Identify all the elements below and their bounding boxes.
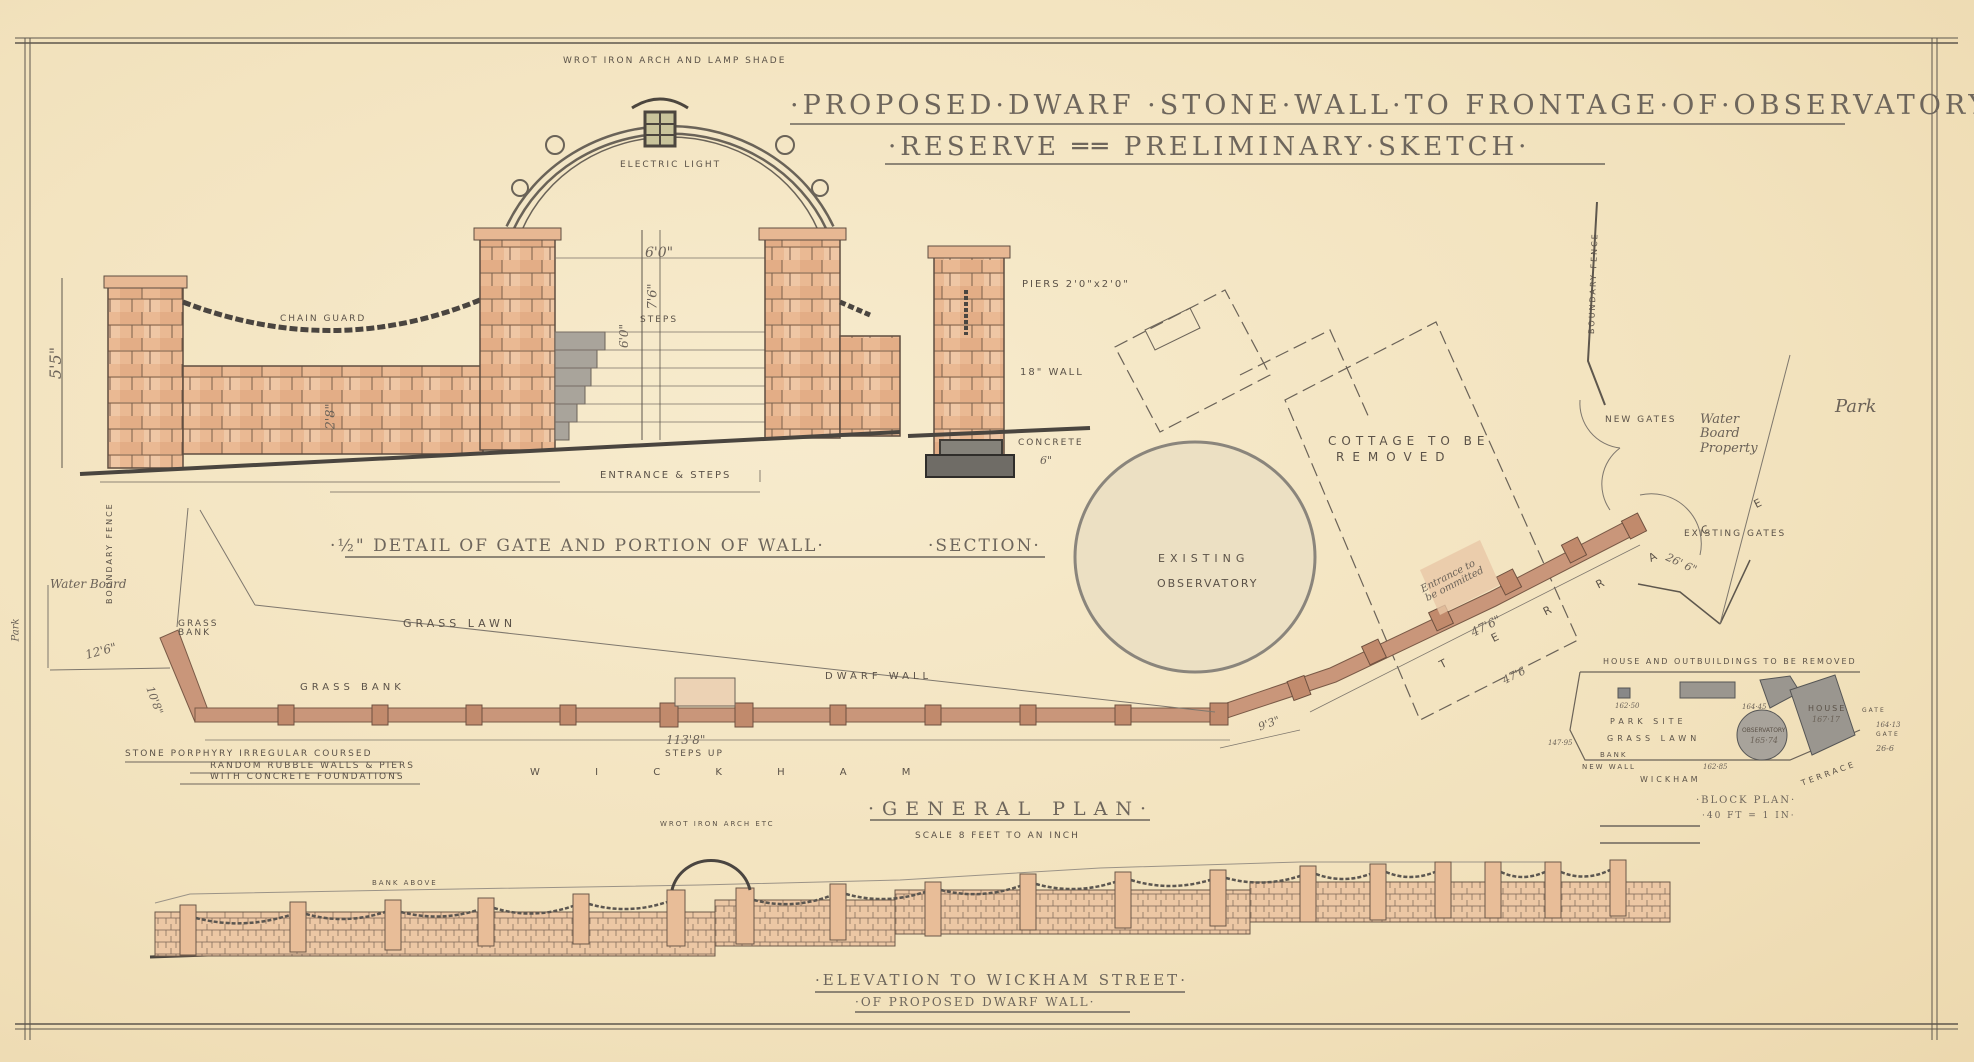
- block-plan-note: HOUSE AND OUTBUILDINGS TO BE REMOVED: [1603, 658, 1857, 666]
- electric-light-label: ELECTRIC LIGHT: [620, 161, 721, 170]
- section-caption: ·SECTION·: [928, 538, 1041, 555]
- observatory-label-2: OBSERVATORY: [1157, 578, 1259, 589]
- gate-label-2: GATE: [1876, 732, 1900, 738]
- gate-elevation: [62, 99, 900, 492]
- new-gates-label: NEW GATES: [1605, 416, 1677, 425]
- block-observatory-label: OBSERVATORY: [1742, 728, 1785, 734]
- arch-label: WROT IRON ARCH AND LAMP SHADE: [563, 57, 786, 66]
- chain-guard-label: CHAIN GUARD: [280, 315, 366, 324]
- height-dimension: 5'5": [48, 347, 64, 379]
- observatory-label: EXISTING: [1158, 553, 1249, 564]
- observatory-level: 165·74: [1750, 737, 1778, 745]
- footing-dimension: 6": [1040, 455, 1052, 466]
- block-dimension: 26-6: [1876, 745, 1894, 753]
- materials-line-3: WITH CONCRETE FOUNDATIONS: [210, 773, 405, 782]
- grass-bank-corner-label: GRASS BANK: [178, 620, 218, 638]
- level-162-50: 162·50: [1615, 703, 1640, 710]
- general-plan-caption: ·GENERAL PLAN·: [868, 800, 1154, 819]
- cottage-removed-label: REMOVED: [1336, 451, 1453, 463]
- level-164-45: 164·45: [1742, 704, 1767, 711]
- concrete-label: CONCRETE: [1018, 439, 1084, 448]
- water-board-property-label: Water Board Property: [1700, 413, 1780, 456]
- entrance-steps-label: ENTRANCE & STEPS: [600, 471, 731, 481]
- water-board-label-left: Water Board: [50, 578, 127, 590]
- elevation-subcaption: ·OF PROPOSED DWARF WALL·: [855, 996, 1095, 1008]
- pier-dimension: 6'0": [645, 246, 673, 260]
- gate-label-1: GATE: [1862, 708, 1886, 714]
- block-plan-caption: ·BLOCK PLAN·: [1696, 796, 1796, 806]
- drawing-title: ·PROPOSED·DWARF ·STONE·WALL·TO FRONTAGE·…: [790, 92, 1974, 119]
- wall-height-dimension: 2'8": [325, 403, 338, 429]
- gate-detail-caption: ·½" DETAIL OF GATE AND PORTION OF WALL·: [330, 538, 825, 555]
- house-label: HOUSE: [1808, 705, 1846, 713]
- park-site-label: PARK SITE: [1610, 718, 1687, 726]
- arch-dimension: 7'6": [647, 283, 660, 309]
- block-plan-scale: ·40 FT = 1 IN·: [1702, 812, 1796, 821]
- boundary-fence-label-left: BOUNDARY FENCE: [106, 502, 114, 604]
- piers-label: PIERS 2'0"x2'0": [1022, 280, 1130, 290]
- new-wall-label: NEW WALL: [1582, 764, 1636, 771]
- steps-dimension: 6'0": [618, 324, 630, 348]
- level-162-85: 162·85: [1703, 764, 1728, 771]
- dwarf-wall-label: DWARF WALL: [825, 672, 932, 682]
- drawing-sheet: ·PROPOSED·DWARF ·STONE·WALL·TO FRONTAGE·…: [0, 0, 1974, 1062]
- materials-line-2: RANDOM RUBBLE WALLS & PIERS: [210, 762, 415, 771]
- cottage-label: COTTAGE TO BE: [1328, 435, 1489, 447]
- elevation-arch-label: WROT IRON ARCH ETC: [660, 821, 775, 828]
- steps-dimension-plan: 113'8": [666, 734, 705, 746]
- wall-thickness-label: 18" WALL: [1020, 368, 1084, 378]
- grass-bank-label: GRASS BANK: [300, 683, 405, 693]
- bank-above-label: BANK ABOVE: [372, 880, 438, 887]
- general-plan: [48, 202, 1790, 820]
- steps-up-label: STEPS UP: [665, 750, 724, 759]
- steps-label: STEPS: [640, 316, 678, 325]
- materials-line-1: STONE PORPHYRY IRREGULAR COURSED: [125, 750, 373, 759]
- drawing-subtitle: ·RESERVE ══ PRELIMINARY·SKETCH·: [888, 134, 1530, 160]
- park-label-right: Park: [1835, 398, 1877, 416]
- level-147-95: 147·95: [1548, 740, 1573, 747]
- general-plan-scale: SCALE 8 FEET TO AN INCH: [915, 832, 1080, 841]
- block-grass-lawn-label: GRASS LAWN: [1607, 735, 1700, 743]
- block-bank-label: BANK: [1600, 752, 1627, 759]
- level-164-13: 164·13: [1876, 722, 1901, 729]
- block-street-label: WICKHAM: [1640, 776, 1701, 784]
- existing-gates-label: EXISTING GATES: [1684, 530, 1786, 539]
- street-label: W I C K H A M: [530, 768, 936, 778]
- elevation-caption: ·ELEVATION TO WICKHAM STREET·: [815, 973, 1188, 988]
- house-level: 167·17: [1812, 716, 1840, 724]
- grass-lawn-label: GRASS LAWN: [403, 618, 516, 629]
- park-label-left: Park: [12, 618, 22, 641]
